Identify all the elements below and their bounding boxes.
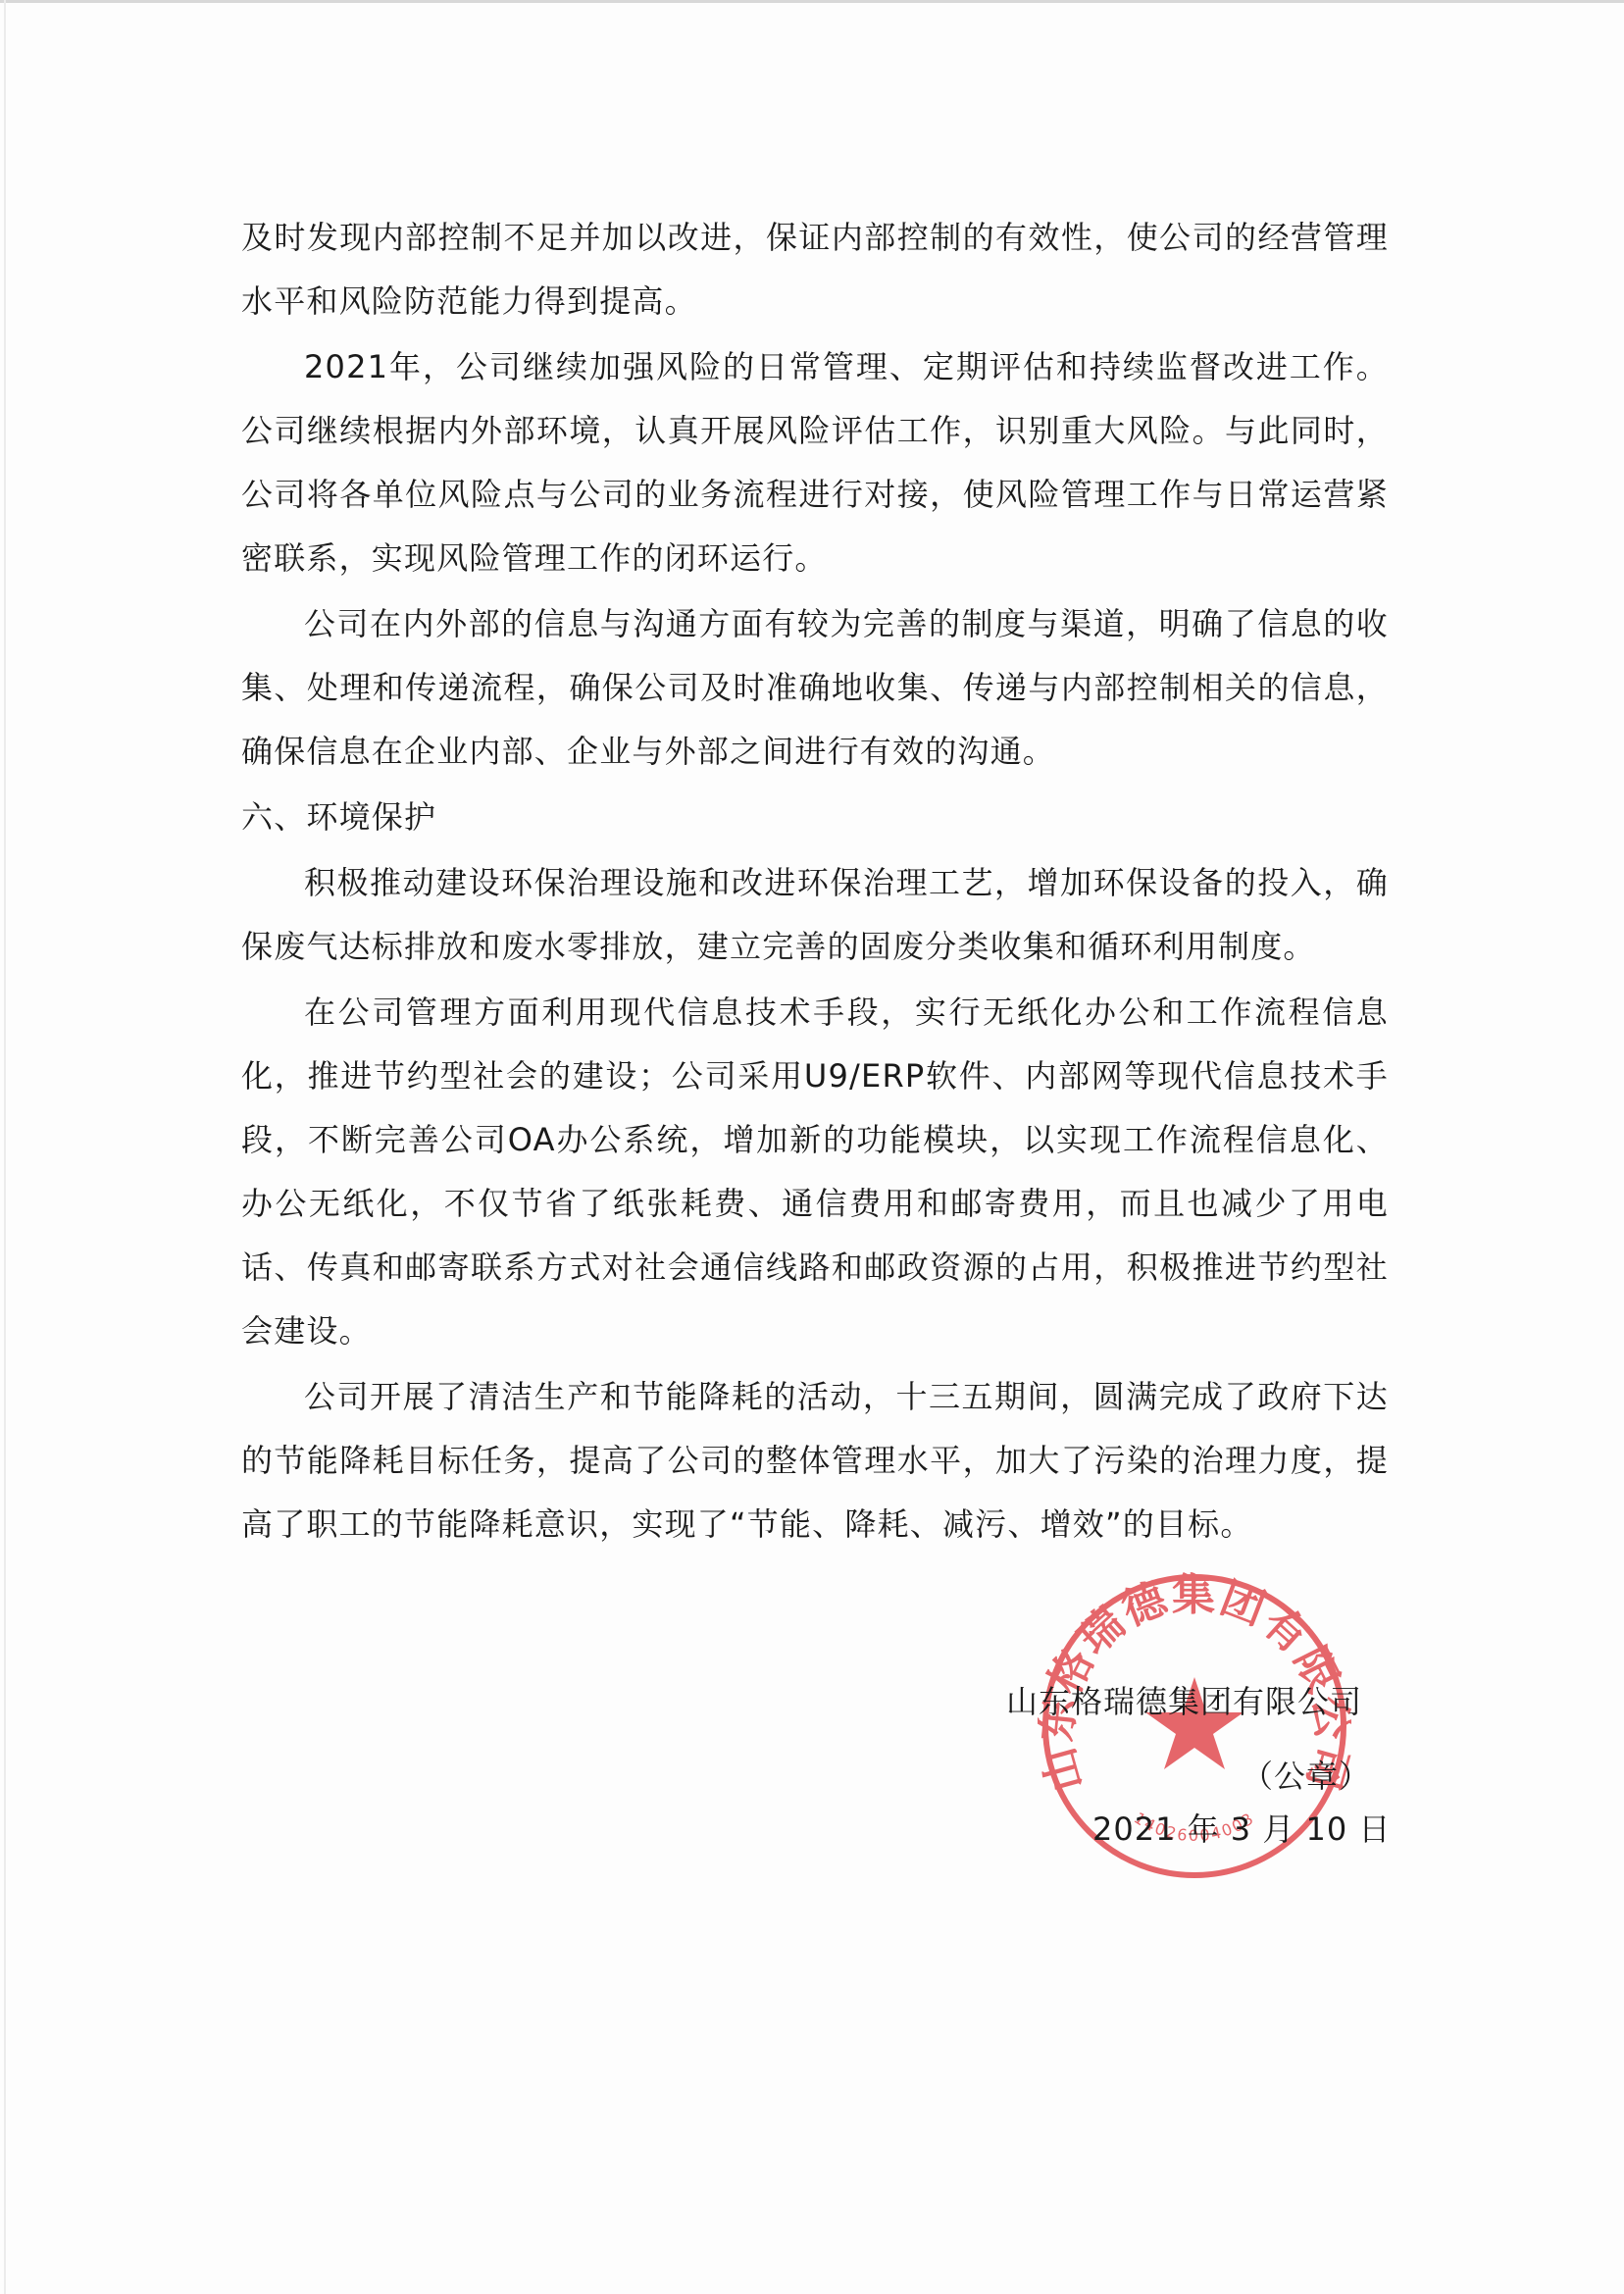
paragraph-risk-management: 2021年，公司继续加强风险的日常管理、定期评估和持续监督改进工作。公司继续根据… xyxy=(241,335,1389,590)
paragraph-environmental-facilities: 积极推动建设环保治理设施和改进环保治理工艺，增加环保设备的投入，确保废气达标排放… xyxy=(241,851,1389,979)
scan-edge-top xyxy=(0,0,1624,3)
stamp-serial-number: 14026004003 xyxy=(1131,1809,1258,1845)
svg-text:14026004003: 14026004003 xyxy=(1131,1809,1258,1845)
stamp-ring xyxy=(1045,1577,1344,1875)
scan-edge-left xyxy=(4,0,6,2294)
svg-text:山东格瑞德集团有限公司: 山东格瑞德集团有限公司 xyxy=(1038,1570,1351,1797)
signature-company-name: 山东格瑞德集团有限公司 xyxy=(1006,1677,1362,1722)
signature-date: 2021 年 3 月 10 日 xyxy=(1092,1805,1391,1850)
paragraph-internal-control: 及时发现内部控制不足并加以改进，保证内部控制的有效性，使公司的经营管理水平和风险… xyxy=(241,206,1389,333)
paragraph-paperless-office: 在公司管理方面利用现代信息技术手段，实行无纸化办公和工作流程信息化，推进节约型社… xyxy=(241,981,1389,1363)
document-body: 及时发现内部控制不足并加以改进，保证内部控制的有效性，使公司的经营管理水平和风险… xyxy=(241,206,1389,1556)
paragraph-energy-saving: 公司开展了清洁生产和节能降耗的活动，十三五期间，圆满完成了政府下达的节能降耗目标… xyxy=(241,1365,1389,1556)
signature-seal-label: （公章） xyxy=(1242,1752,1371,1797)
star-icon xyxy=(1145,1677,1243,1769)
section-heading-environment: 六、环境保护 xyxy=(241,786,1389,849)
stamp-ring-text: 山东格瑞德集团有限公司 xyxy=(1038,1570,1351,1797)
paragraph-information-communication: 公司在内外部的信息与沟通方面有较为完善的制度与渠道，明确了信息的收集、处理和传递… xyxy=(241,592,1389,784)
company-seal-stamp: 山东格瑞德集团有限公司 14026004003 xyxy=(1038,1569,1351,1883)
